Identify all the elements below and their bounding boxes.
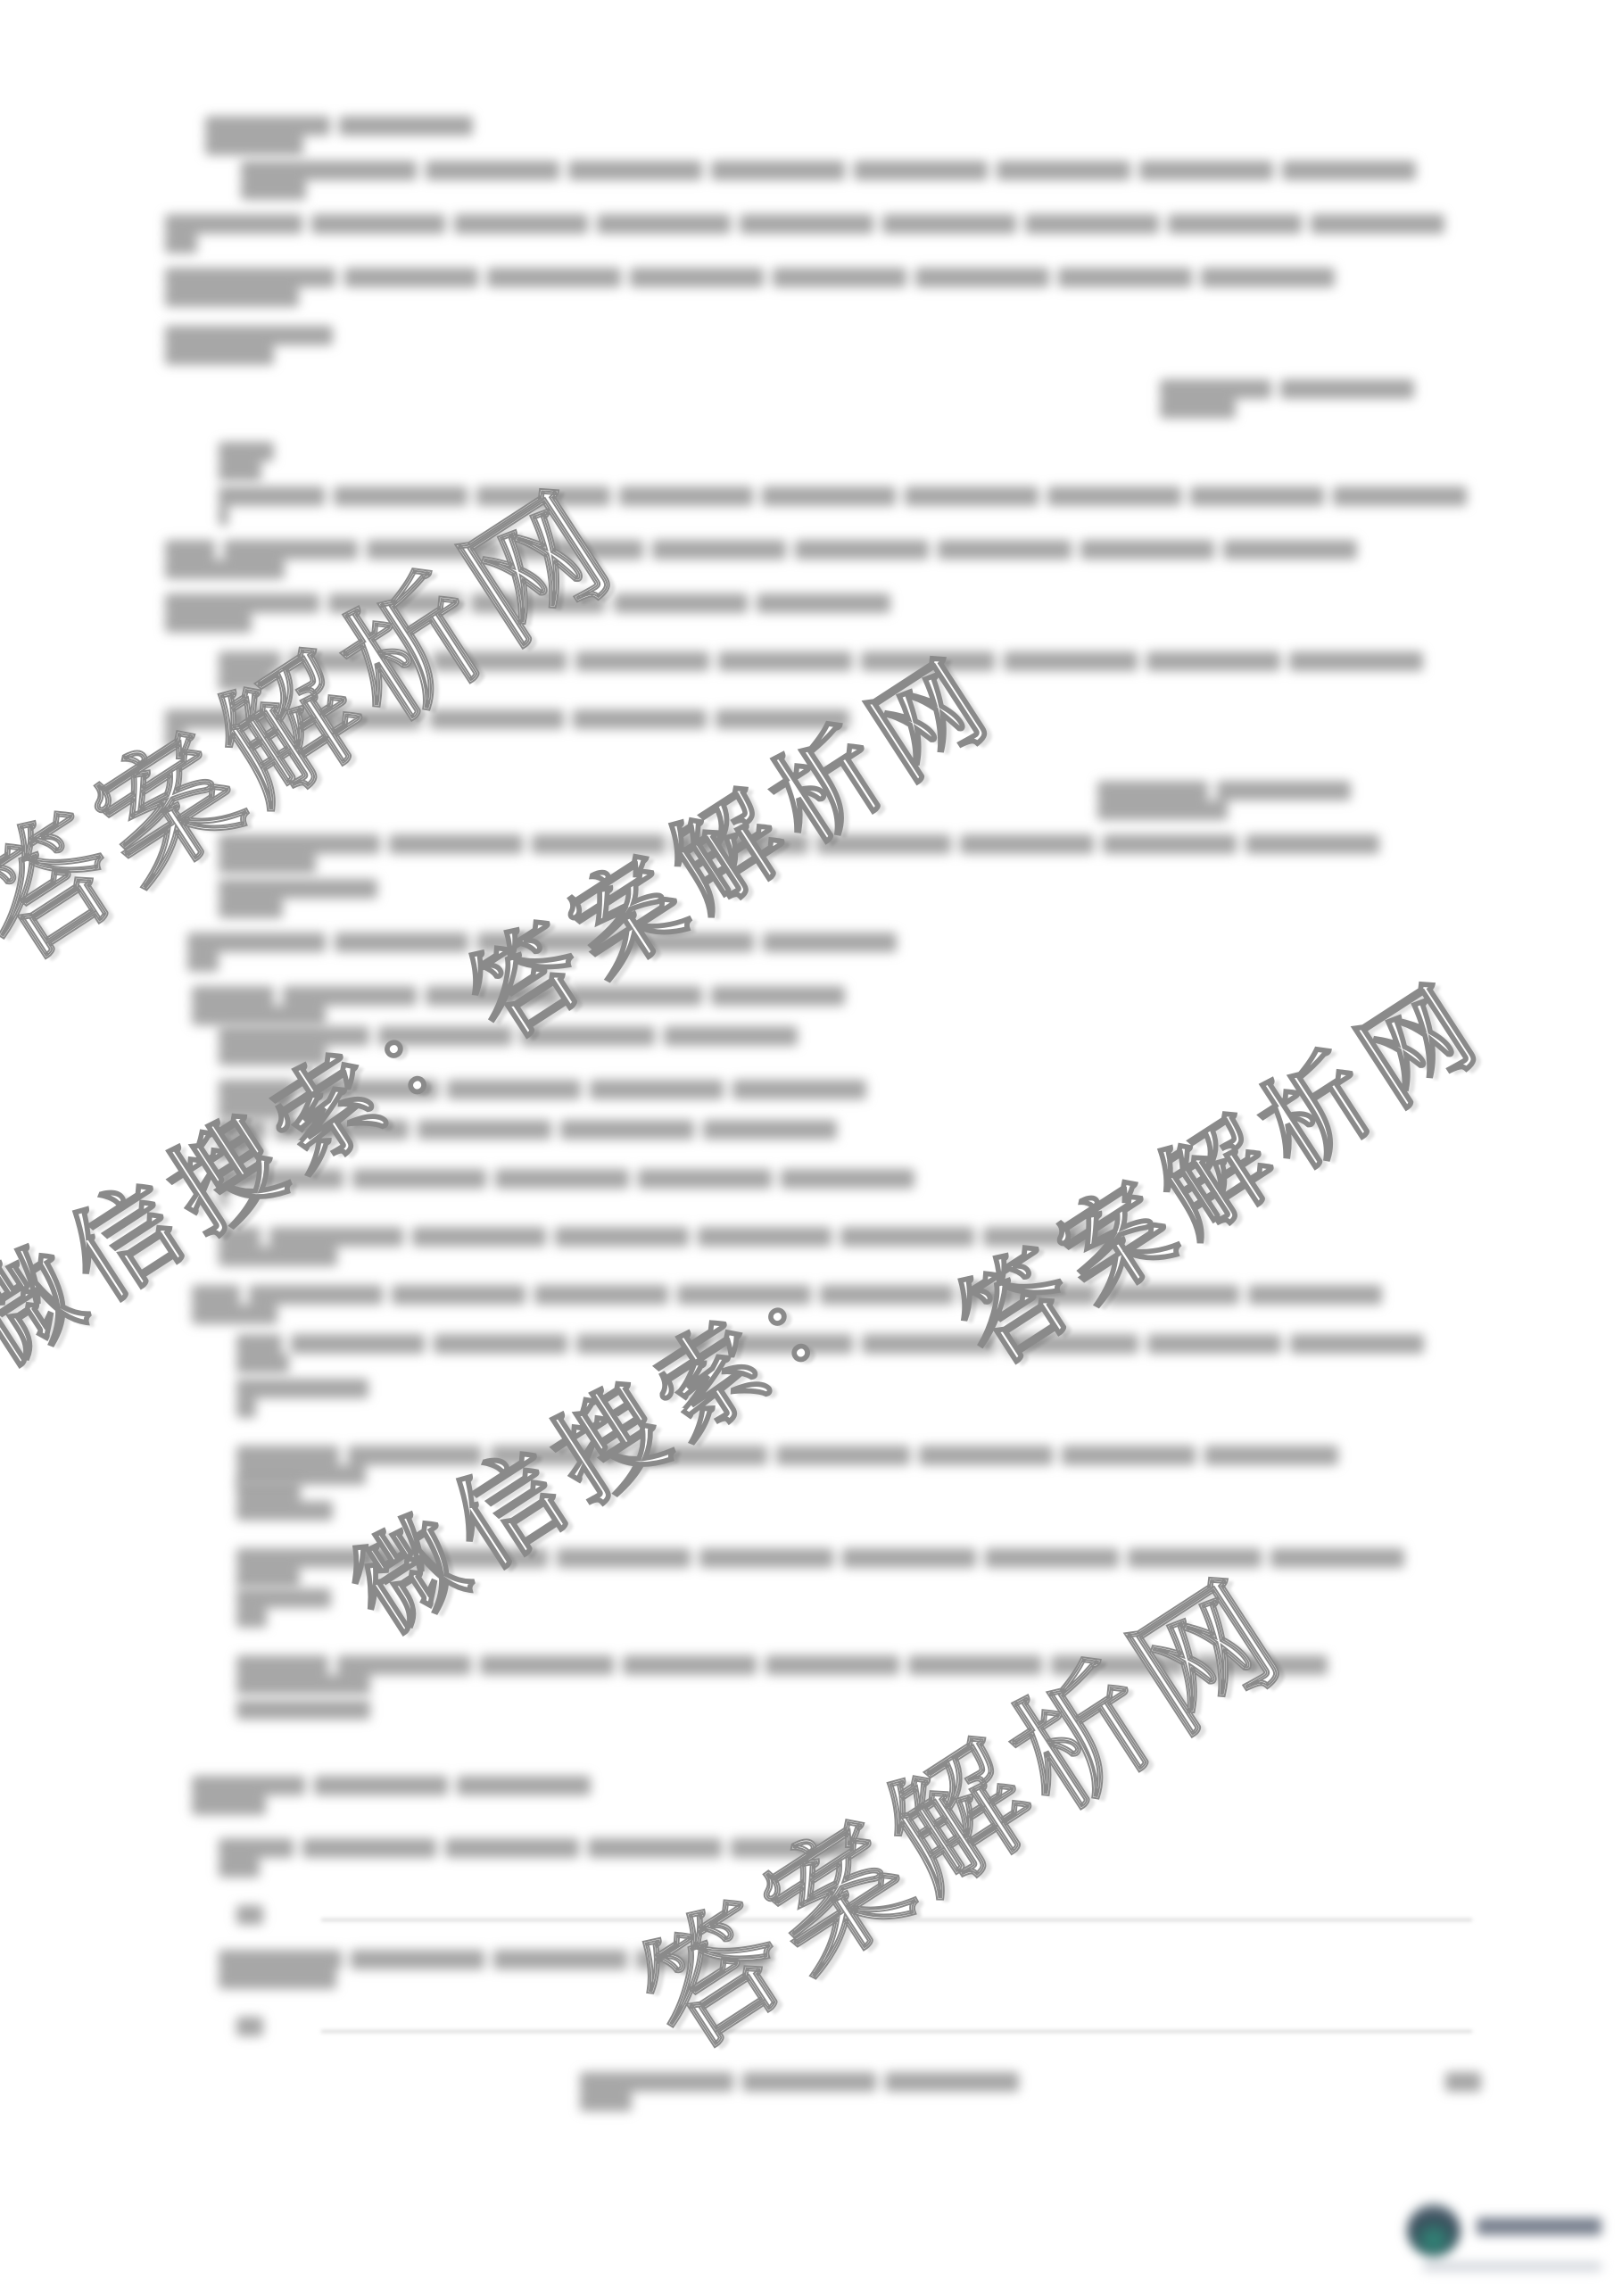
blurred-text-line [241, 161, 1490, 180]
blurred-text-line [192, 1776, 674, 1795]
logo-emblem-icon [1407, 2203, 1461, 2257]
blurred-text-line [165, 326, 451, 345]
blurred-text-line [165, 214, 1485, 234]
blurred-text-line [1097, 781, 1490, 800]
blurred-text-line [205, 116, 580, 136]
blurred-text-line [236, 2017, 263, 2036]
logo-title-blurred [1477, 2217, 1601, 2235]
blurred-text-line [236, 1379, 397, 1398]
blurred-text-line [165, 268, 1485, 287]
blurred-text-line [219, 879, 451, 899]
blurred-text-line [580, 2072, 1080, 2092]
blurred-text-line [236, 1700, 370, 1720]
blurred-text-line [219, 486, 1485, 506]
blurred-text-line [219, 442, 326, 461]
answer-line [321, 2030, 1472, 2033]
blurred-text-line [236, 1446, 1477, 1465]
blurred-text-line [236, 1588, 370, 1608]
blurred-text-line [236, 1905, 263, 1925]
logo-subtitle-blurred [1423, 2262, 1601, 2271]
blurred-text-line [1160, 379, 1499, 399]
blurred-text-line [1445, 2072, 1481, 2092]
publisher-logo [1396, 2191, 1619, 2280]
